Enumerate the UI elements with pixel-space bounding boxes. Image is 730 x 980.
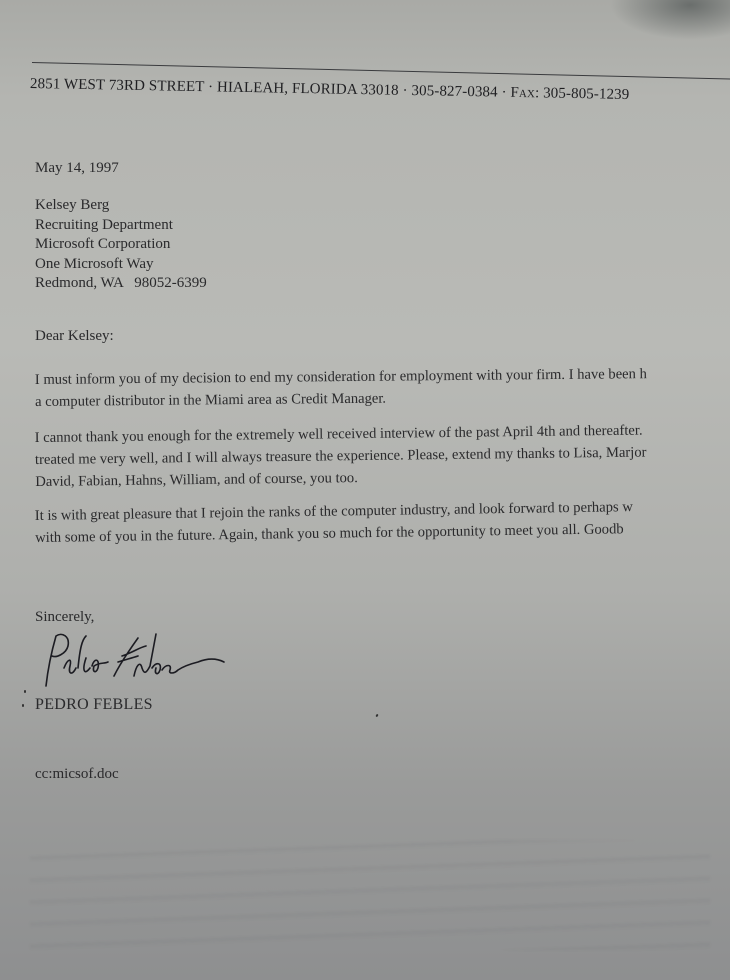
letter-page: 2851 WEST 73RD STREET · HIALEAH, FLORIDA… — [0, 0, 730, 980]
body-paragraph: I must inform you of my decision to end … — [35, 363, 647, 413]
recipient-company: Microsoft Corporation — [35, 235, 207, 255]
letterhead: 2851 WEST 73RD STREET · HIALEAH, FLORIDA… — [30, 76, 630, 104]
paper-speck — [24, 690, 26, 693]
body-paragraph: I cannot thank you enough for the extrem… — [35, 420, 647, 493]
paper-speck — [22, 704, 24, 707]
handwritten-signature — [38, 628, 238, 694]
signer-name: PEDRO FEBLES — [35, 695, 153, 715]
letter-date: May 14, 1997 — [35, 159, 119, 179]
body-line: a computer distributor in the Miami area… — [35, 385, 647, 413]
paper-speck — [375, 714, 378, 718]
recipient-street: One Microsoft Way — [35, 255, 207, 275]
show-through-text — [30, 840, 710, 950]
closing: Sincerely, — [35, 608, 94, 628]
cc-line: cc:micsof.doc — [35, 765, 119, 785]
salutation: Dear Kelsey: — [35, 327, 114, 347]
body-paragraph: It is with great pleasure that I rejoin … — [35, 496, 634, 549]
page-shadow — [610, 0, 730, 40]
recipient-address: Kelsey Berg Recruiting Department Micros… — [35, 196, 207, 294]
recipient-city: Redmond, WA 98052-6399 — [35, 274, 207, 294]
fax-number: 305-805-1239 — [539, 85, 629, 103]
letterhead-address: 2851 WEST 73RD STREET · HIALEAH, FLORIDA… — [30, 76, 511, 101]
recipient-name: Kelsey Berg — [35, 196, 207, 216]
recipient-department: Recruiting Department — [35, 216, 207, 236]
fax-label: Fax: — [510, 85, 539, 102]
